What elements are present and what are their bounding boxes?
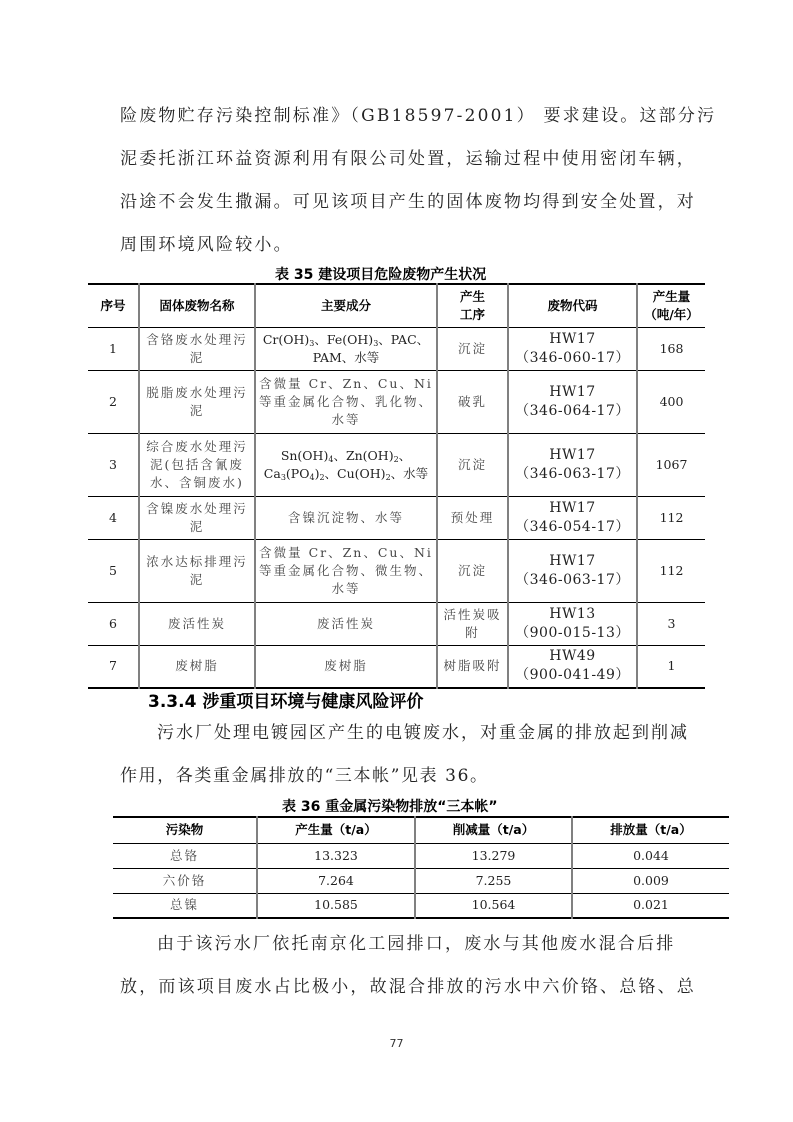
row-composition: Cr(OH)3、Fe(OH)3、PAC、PAM、水等 [255, 327, 437, 370]
row-code: HW49（900-041-49） [508, 645, 637, 688]
waste-code: HW17 [549, 553, 595, 569]
closing-line-1: 由于该污水厂依托南京化工园排口，废水与其他废水混合后排 [157, 934, 717, 954]
row-code: HW17（346-060-17） [508, 327, 637, 370]
header-produced: 产生量（t/a） [257, 817, 415, 843]
row-no: 2 [88, 370, 139, 433]
row-produced: 7.264 [257, 868, 415, 893]
row-no: 7 [88, 645, 139, 688]
row-reduced: 13.279 [415, 843, 572, 868]
row-process: 活性炭吸附 [437, 602, 508, 645]
row-name: 含铬废水处理污泥 [139, 327, 255, 370]
header-process-line1: 产生 [460, 289, 485, 304]
row-emitted: 0.021 [572, 893, 729, 918]
row-composition: 含微量 Cr、Zn、Cu、Ni 等重金属化合物、乳化物、水等 [255, 370, 437, 433]
waste-code-number: （346-063-17） [515, 572, 630, 588]
header-reduced: 削减量（t/a） [415, 817, 572, 843]
section-line-2: 作用，各类重金属排放的“三本帐”见表 36。 [120, 766, 680, 786]
waste-code: HW49 [549, 648, 595, 664]
header-name: 固体废物名称 [139, 284, 255, 327]
waste-code-number: （346-064-17） [515, 403, 630, 419]
row-process: 沉淀 [437, 539, 508, 602]
row-amount: 1067 [637, 433, 705, 496]
header-emitted: 排放量（t/a） [572, 817, 729, 843]
waste-code-number: （900-041-49） [515, 667, 630, 683]
waste-code: HW17 [549, 331, 595, 347]
table-row: 5 浓水达标排理污泥 含微量 Cr、Zn、Cu、Ni 等重金属化合物、微生物、水… [88, 539, 705, 602]
waste-code-number: （900-015-13） [515, 625, 630, 641]
waste-code-number: （346-060-17） [515, 350, 630, 366]
row-name: 综合废水处理污泥(包括含氰废水、含铜废水) [139, 433, 255, 496]
row-name: 废树脂 [139, 645, 255, 688]
row-amount: 112 [637, 539, 705, 602]
table-row: 六价铬 7.264 7.255 0.009 [113, 868, 729, 893]
table-row: 7 废树脂 废树脂 树脂吸附 HW49（900-041-49） 1 [88, 645, 705, 688]
row-process: 沉淀 [437, 327, 508, 370]
table-row: 4 含镍废水处理污泥 含镍沉淀物、水等 预处理 HW17（346-054-17）… [88, 496, 705, 539]
intro-line-2: 泥委托浙江环益资源利用有限公司处置，运输过程中使用密闭车辆， [120, 149, 680, 169]
row-no: 3 [88, 433, 139, 496]
table35: 序号 固体废物名称 主要成分 产生工序 废物代码 产生量（吨/年） 1 含铬废水… [88, 283, 705, 689]
section-line-1: 污水厂处理电镀园区产生的电镀废水，对重金属的排放起到削减 [157, 723, 717, 743]
header-process: 产生工序 [437, 284, 508, 327]
row-composition: 废活性炭 [255, 602, 437, 645]
table-row: 总铬 13.323 13.279 0.044 [113, 843, 729, 868]
row-amount: 3 [637, 602, 705, 645]
row-code: HW13（900-015-13） [508, 602, 637, 645]
table36: 污染物 产生量（t/a） 削减量（t/a） 排放量（t/a） 总铬 13.323… [113, 816, 729, 919]
row-process: 树脂吸附 [437, 645, 508, 688]
intro-line-4: 周围环境风险较小。 [120, 235, 680, 255]
table35-caption: 表 35 建设项目危险废物产生状况 [275, 264, 486, 284]
row-produced: 13.323 [257, 843, 415, 868]
waste-code-number: （346-054-17） [515, 519, 630, 535]
row-process: 破乳 [437, 370, 508, 433]
row-code: HW17（346-064-17） [508, 370, 637, 433]
row-process: 沉淀 [437, 433, 508, 496]
row-amount: 168 [637, 327, 705, 370]
row-process: 预处理 [437, 496, 508, 539]
header-no: 序号 [88, 284, 139, 327]
row-code: HW17（346-063-17） [508, 433, 637, 496]
table36-caption: 表 36 重金属污染物排放“三本帐” [282, 796, 498, 816]
row-name: 脱脂废水处理污泥 [139, 370, 255, 433]
header-pollutant: 污染物 [113, 817, 257, 843]
waste-code-number: （346-063-17） [515, 466, 630, 482]
row-pollutant: 总镍 [113, 893, 257, 918]
waste-code: HW17 [549, 384, 595, 400]
table-row: 6 废活性炭 废活性炭 活性炭吸附 HW13（900-015-13） 3 [88, 602, 705, 645]
row-pollutant: 六价铬 [113, 868, 257, 893]
row-composition: 含微量 Cr、Zn、Cu、Ni 等重金属化合物、微生物、水等 [255, 539, 437, 602]
row-composition: 含镍沉淀物、水等 [255, 496, 437, 539]
waste-code: HW17 [549, 447, 595, 463]
table35-header-row: 序号 固体废物名称 主要成分 产生工序 废物代码 产生量（吨/年） [88, 284, 705, 327]
table-row: 总镍 10.585 10.564 0.021 [113, 893, 729, 918]
section-heading: 3.3.4 涉重项目环境与健康风险评价 [148, 687, 423, 712]
row-no: 5 [88, 539, 139, 602]
waste-code: HW17 [549, 500, 595, 516]
table36-header-row: 污染物 产生量（t/a） 削减量（t/a） 排放量（t/a） [113, 817, 729, 843]
row-produced: 10.585 [257, 893, 415, 918]
closing-line-2: 放，而该项目废水占比极小，故混合排放的污水中六价铬、总铬、总 [120, 977, 680, 997]
table-row: 3 综合废水处理污泥(包括含氰废水、含铜废水) Sn(OH)4、Zn(OH)2、… [88, 433, 705, 496]
row-name: 浓水达标排理污泥 [139, 539, 255, 602]
row-code: HW17（346-063-17） [508, 539, 637, 602]
header-process-line2: 工序 [460, 307, 485, 322]
row-no: 6 [88, 602, 139, 645]
intro-line-3: 沿途不会发生撒漏。可见该项目产生的固体废物均得到安全处置，对 [120, 192, 680, 212]
header-composition: 主要成分 [255, 284, 437, 327]
row-emitted: 0.009 [572, 868, 729, 893]
row-no: 1 [88, 327, 139, 370]
row-composition: 废树脂 [255, 645, 437, 688]
table-row: 2 脱脂废水处理污泥 含微量 Cr、Zn、Cu、Ni 等重金属化合物、乳化物、水… [88, 370, 705, 433]
header-code: 废物代码 [508, 284, 637, 327]
table-row: 1 含铬废水处理污泥 Cr(OH)3、Fe(OH)3、PAC、PAM、水等 沉淀… [88, 327, 705, 370]
row-amount: 112 [637, 496, 705, 539]
row-pollutant: 总铬 [113, 843, 257, 868]
row-reduced: 10.564 [415, 893, 572, 918]
intro-line-1: 险废物贮存污染控制标准》（GB18597-2001） 要求建设。这部分污 [120, 106, 680, 126]
page-number: 77 [0, 1037, 793, 1050]
waste-code: HW13 [549, 606, 595, 622]
row-name: 含镍废水处理污泥 [139, 496, 255, 539]
row-code: HW17（346-054-17） [508, 496, 637, 539]
row-amount: 400 [637, 370, 705, 433]
row-amount: 1 [637, 645, 705, 688]
header-amount: 产生量（吨/年） [637, 284, 705, 327]
header-amount-line2: （吨/年） [644, 307, 699, 322]
row-composition: Sn(OH)4、Zn(OH)2、Ca3(PO4)2、Cu(OH)2、水等 [255, 433, 437, 496]
row-no: 4 [88, 496, 139, 539]
row-name: 废活性炭 [139, 602, 255, 645]
row-reduced: 7.255 [415, 868, 572, 893]
header-amount-line1: 产生量 [653, 289, 691, 304]
row-emitted: 0.044 [572, 843, 729, 868]
